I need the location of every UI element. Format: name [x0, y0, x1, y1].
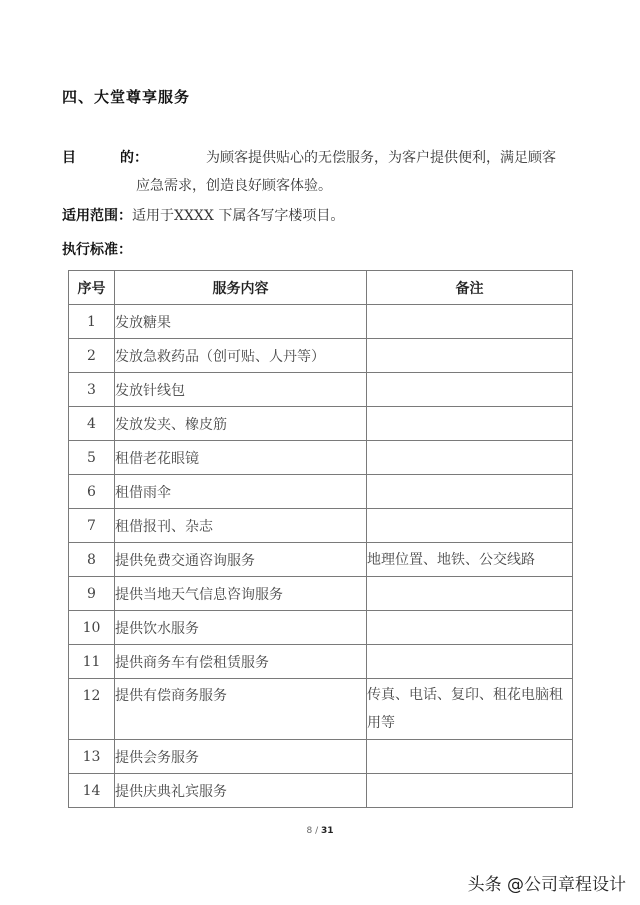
row-note — [367, 305, 573, 339]
row-service: 发放糖果 — [115, 305, 367, 339]
row-number: 4 — [69, 407, 115, 441]
row-note — [367, 373, 573, 407]
header-note: 备注 — [367, 271, 573, 305]
purpose-label-char-2: 的 — [120, 148, 134, 168]
table-row: 10提供饮水服务 — [69, 611, 573, 645]
standard-field: 执行标准： — [62, 240, 132, 260]
row-note — [367, 577, 573, 611]
table-row: 1发放糖果 — [69, 305, 573, 339]
row-number: 13 — [69, 740, 115, 774]
header-no: 序号 — [69, 271, 115, 305]
header-service: 服务内容 — [115, 271, 367, 305]
row-number: 12 — [69, 679, 115, 740]
purpose-colon: ： — [134, 148, 206, 168]
row-number: 3 — [69, 373, 115, 407]
row-service: 发放急救药品（创可贴、人丹等） — [115, 339, 367, 373]
row-number: 14 — [69, 774, 115, 808]
row-note: 地理位置、地铁、公交线路 — [367, 543, 573, 577]
scope-value: 适用于XXXX 下属各写字楼项目。 — [132, 208, 344, 224]
row-service: 提供庆典礼宾服务 — [115, 774, 367, 808]
services-table: 序号 服务内容 备注 1发放糖果2发放急救药品（创可贴、人丹等）3发放针线包4发… — [68, 270, 573, 808]
table-row: 4发放发夹、橡皮筋 — [69, 407, 573, 441]
scope-label: 适用范围： — [62, 206, 132, 226]
row-number: 11 — [69, 645, 115, 679]
page-number: 8 / 31 — [0, 826, 640, 836]
row-service: 提供商务车有偿租赁服务 — [115, 645, 367, 679]
purpose-field: 目 的 ：为顾客提供贴心的无偿服务，为客户提供便利，满足顾客 应急需求，创造良好… — [62, 148, 556, 168]
scope-field: 适用范围：适用于XXXX 下属各写字楼项目。 — [62, 206, 344, 226]
row-number: 7 — [69, 509, 115, 543]
row-note — [367, 645, 573, 679]
row-note — [367, 441, 573, 475]
row-note — [367, 740, 573, 774]
purpose-text-line2: 应急需求，创造良好顾客体验。 — [136, 176, 332, 196]
row-note — [367, 407, 573, 441]
row-number: 6 — [69, 475, 115, 509]
row-number: 5 — [69, 441, 115, 475]
row-number: 10 — [69, 611, 115, 645]
row-note — [367, 611, 573, 645]
section-title: 四、大堂尊享服务 — [62, 86, 190, 107]
row-note — [367, 339, 573, 373]
row-service: 租借报刊、杂志 — [115, 509, 367, 543]
row-service: 提供当地天气信息咨询服务 — [115, 577, 367, 611]
table-header-row: 序号 服务内容 备注 — [69, 271, 573, 305]
table-row: 3发放针线包 — [69, 373, 573, 407]
row-note — [367, 774, 573, 808]
table-row: 14提供庆典礼宾服务 — [69, 774, 573, 808]
table-row: 6租借雨伞 — [69, 475, 573, 509]
purpose-label: 目 的 — [62, 148, 134, 168]
row-service: 租借老花眼镜 — [115, 441, 367, 475]
row-service: 发放发夹、橡皮筋 — [115, 407, 367, 441]
page-total: 31 — [321, 826, 334, 836]
table-row: 7租借报刊、杂志 — [69, 509, 573, 543]
row-note — [367, 475, 573, 509]
table-row: 11提供商务车有偿租赁服务 — [69, 645, 573, 679]
table-row: 5租借老花眼镜 — [69, 441, 573, 475]
row-number: 1 — [69, 305, 115, 339]
table-row: 8提供免费交通咨询服务地理位置、地铁、公交线路 — [69, 543, 573, 577]
table-row: 13提供会务服务 — [69, 740, 573, 774]
table-row: 12提供有偿商务服务传真、电话、复印、租花电脑租用等 — [69, 679, 573, 740]
row-service: 发放针线包 — [115, 373, 367, 407]
row-service: 提供有偿商务服务 — [115, 679, 367, 740]
row-number: 9 — [69, 577, 115, 611]
watermark: 头条 @公司章程设计 — [468, 870, 626, 895]
purpose-text-line1: 为顾客提供贴心的无偿服务，为客户提供便利，满足顾客 — [206, 150, 556, 166]
table-row: 2发放急救药品（创可贴、人丹等） — [69, 339, 573, 373]
row-service: 提供饮水服务 — [115, 611, 367, 645]
page-separator: / — [312, 826, 321, 836]
row-note: 传真、电话、复印、租花电脑租用等 — [367, 679, 573, 740]
row-number: 2 — [69, 339, 115, 373]
row-note — [367, 509, 573, 543]
row-service: 租借雨伞 — [115, 475, 367, 509]
purpose-label-char-1: 目 — [62, 148, 76, 168]
row-service: 提供会务服务 — [115, 740, 367, 774]
standard-label: 执行标准： — [62, 240, 132, 260]
row-number: 8 — [69, 543, 115, 577]
row-service: 提供免费交通咨询服务 — [115, 543, 367, 577]
table-row: 9提供当地天气信息咨询服务 — [69, 577, 573, 611]
